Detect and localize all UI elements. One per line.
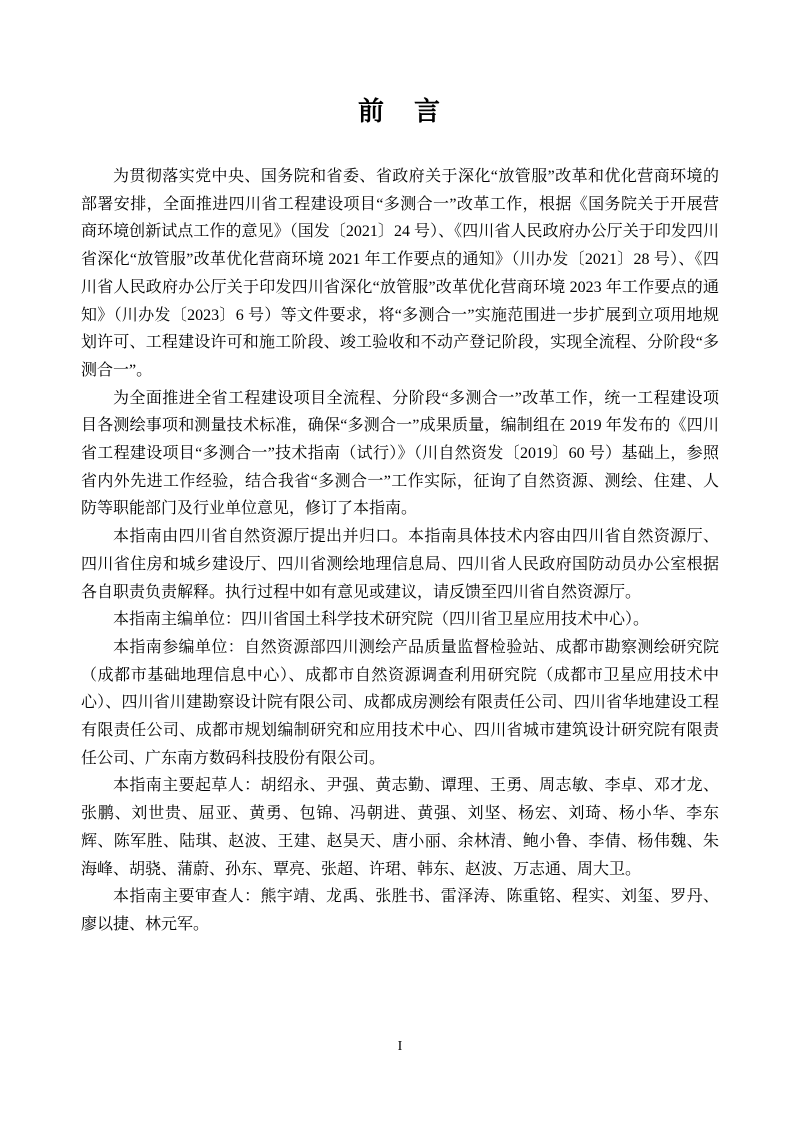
paragraph-participating-units: 本指南参编单位：自然资源部四川测绘产品质量监督检验站、成都市勘察测绘研究院（成都…	[81, 634, 719, 773]
page-number: I	[0, 1038, 800, 1056]
paragraph-responsibility: 本指南由四川省自然资源厅提出并归口。本指南具体技术内容由四川省自然资源厅、四川省…	[81, 523, 719, 606]
page-title: 前 言	[81, 94, 719, 130]
paragraph-chief-editor-unit: 本指南主编单位：四川省国土科学技术研究院（四川省卫星应用技术中心）。	[81, 606, 719, 634]
paragraph-revision-background: 为全面推进全省工程建设项目全流程、分阶段“多测合一”改革工作，统一工程建设项目各…	[81, 385, 719, 524]
paragraph-main-reviewers: 本指南主要审查人：熊宇靖、龙禹、张胜书、雷泽涛、陈重铭、程实、刘玺、罗丹、廖以捷…	[81, 883, 719, 938]
paragraph-main-drafters: 本指南主要起草人：胡绍永、尹强、黄志勤、谭理、王勇、周志敏、李卓、邓才龙、张鹏、…	[81, 772, 719, 883]
document-body: 为贯彻落实党中央、国务院和省委、省政府关于深化“放管服”改革和优化营商环境的部署…	[81, 163, 719, 939]
paragraph-intro-policy: 为贯彻落实党中央、国务院和省委、省政府关于深化“放管服”改革和优化营商环境的部署…	[81, 163, 719, 385]
document-page: 前 言 为贯彻落实党中央、国务院和省委、省政府关于深化“放管服”改革和优化营商环…	[0, 0, 800, 1131]
